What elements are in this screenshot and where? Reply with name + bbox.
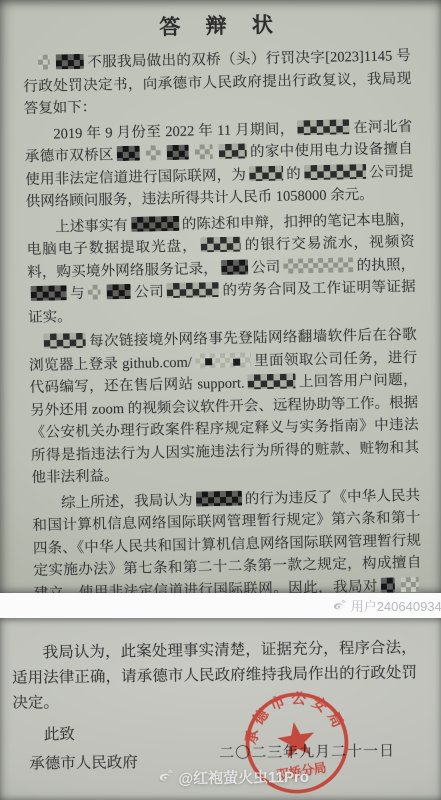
redaction-block <box>167 145 189 160</box>
paragraph-5-text: 综上所述，我局认为 <box>61 492 193 511</box>
paragraph-3-text: 的执照， <box>356 256 415 273</box>
redaction-block <box>219 143 247 159</box>
redaction-block <box>44 333 86 349</box>
paragraph-4: 每次链接境外网络事先登陆网络翻墙软件后在谷歌浏览器上登录 github.com/… <box>28 324 419 490</box>
paragraph-3-text: 的劳务合同及工作证明等证据证实。 <box>28 279 416 326</box>
weibo-icon <box>332 597 347 615</box>
paragraph-5: 综上所述，我局认为的行为违反了《中华人民共和国计算机信息网络国际联网管理暂行规定… <box>32 484 423 593</box>
photo-gap: 用户2406409341 <box>0 593 441 618</box>
redaction-block <box>38 55 50 70</box>
redaction-block <box>146 145 161 160</box>
paragraph-2-text: 的 <box>286 166 301 182</box>
paragraph-2-text: 2019 年 9 月份至 2022 年 11 月期间， <box>53 121 295 142</box>
document-title: 答 辩 状 <box>22 6 411 44</box>
watermark-user-text: 用户2406409341 <box>351 596 441 615</box>
redaction-block <box>298 119 350 135</box>
redaction-block <box>56 54 84 70</box>
paragraph-2: 2019 年 9 月份至 2022 年 11 月期间，在河北省承德市双桥区的家中… <box>24 115 414 213</box>
watermark-author: @红袍萤火虫11Pro <box>157 765 309 792</box>
redaction-block <box>195 144 213 159</box>
document-photo-bottom: 我局认为，此案处理事实清楚，证据充分，程序合法，适用法律正确，请承德市人民政府维… <box>0 618 441 800</box>
redaction-block <box>283 257 353 273</box>
redaction-block <box>31 285 67 301</box>
paragraph-3-text: 与 <box>70 286 86 302</box>
redaction-block <box>131 215 179 231</box>
redaction-block <box>195 490 241 506</box>
redaction-block <box>167 282 219 298</box>
redaction-block <box>221 259 248 275</box>
redaction-block <box>117 146 140 161</box>
paragraph-3: 上述事实有的陈述和申辩，扣押的笔记本电脑，电脑电子数据提取光盘，的银行交易流水，… <box>26 208 416 329</box>
paragraph-3-text: 公司 <box>134 284 165 301</box>
paragraph-1: 不服我局做出的双桥（头）行罚决字[2023]1145 号行政处罚决定书，向承德市… <box>23 45 412 121</box>
redaction-block <box>249 165 283 181</box>
redaction-block <box>401 576 419 591</box>
seal-star <box>275 719 317 759</box>
page1-content: 答 辩 状 不服我局做出的双桥（头）行罚决字[2023]1145 号行政处罚决定… <box>0 0 441 593</box>
redaction-block <box>247 373 295 389</box>
redaction-block <box>201 237 241 253</box>
document-photo-top: 答 辩 状 不服我局做出的双桥（头）行罚决字[2023]1145 号行政处罚决定… <box>0 0 441 593</box>
watermark-user: 用户2406409341 <box>332 596 441 615</box>
screenshot-root: 答 辩 状 不服我局做出的双桥（头）行罚决字[2023]1145 号行政处罚决定… <box>0 0 441 800</box>
paragraph-3-text: 公司 <box>251 259 281 276</box>
redaction-block <box>107 284 131 299</box>
redaction-block <box>304 163 366 179</box>
paragraph-3-text: 上述事实有 <box>55 217 128 235</box>
weibo-icon <box>157 767 174 792</box>
redaction-block <box>88 285 101 300</box>
closing-paragraph: 我局认为，此案处理事实清楚，证据充分，程序合法，适用法律正确，请承德市人民政府维… <box>12 635 418 716</box>
redaction-block <box>381 577 395 592</box>
page2-content: 我局认为，此案处理事实清楚，证据充分，程序合法，适用法律正确，请承德市人民政府维… <box>0 618 441 800</box>
watermark-author-text: @红袍萤火虫11Pro <box>178 765 309 792</box>
redaction-block <box>195 352 251 368</box>
